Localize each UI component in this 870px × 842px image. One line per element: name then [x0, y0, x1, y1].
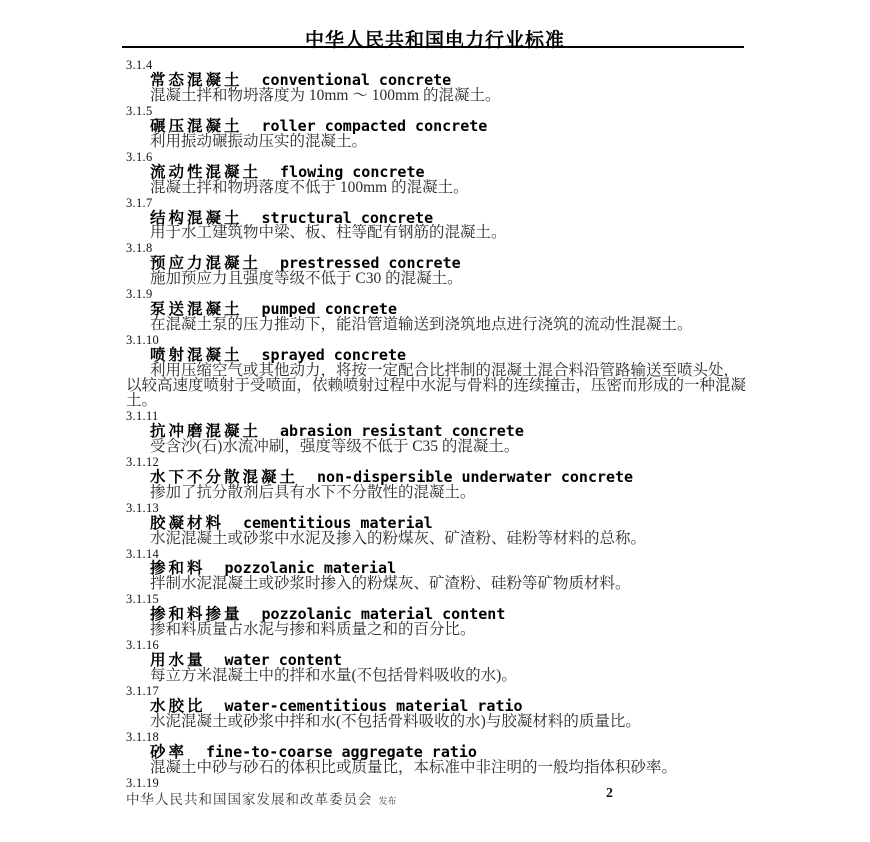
- term-english: flowing concrete: [280, 163, 425, 181]
- publisher-name: 中华人民共和国国家发展和改革委员会: [126, 792, 373, 807]
- term-entry: 3.1.12 水下不分散混凝土non-dispersible underwate…: [126, 455, 746, 501]
- term-entry: 3.1.6 流动性混凝土flowing concrete 混凝土拌和物坍落度不低…: [126, 150, 746, 196]
- term-definition: 水泥混凝土或砂浆中水泥及掺入的粉煤灰、矿渣粉、硅粉等材料的总称。: [126, 532, 746, 547]
- document-page: 中华人民共和国电力行业标准 3.1.4 常态混凝土conventional co…: [0, 0, 870, 842]
- term-definition: 在混凝土泵的压力推动下，能沿管道输送到浇筑地点进行浇筑的流动性混凝土。: [126, 318, 746, 333]
- term-entry: 3.1.10 喷射混凝土sprayed concrete 利用压缩空气或其他动力…: [126, 333, 746, 409]
- clause-number: 3.1.14: [126, 547, 746, 562]
- clause-number: 3.1.6: [126, 150, 746, 165]
- term-definition: 掺和料质量占水泥与掺和料质量之和的百分比。: [126, 623, 746, 638]
- term-definition: 混凝土拌和物坍落度为 10mm ～ 100mm 的混凝土。: [126, 89, 746, 104]
- term-entry: 3.1.14 掺和料pozzolanic material 拌制水泥混凝土或砂浆…: [126, 547, 746, 593]
- term-entry: 3.1.9 泵送混凝土pumped concrete 在混凝土泵的压力推动下，能…: [126, 287, 746, 333]
- page-number: 2: [606, 786, 613, 802]
- term-entry: 3.1.11 抗冲磨混凝土abrasion resistant concrete…: [126, 409, 746, 455]
- clause-number: 3.1.7: [126, 196, 746, 211]
- footer-publisher: 中华人民共和国国家发展和改革委员会发布: [126, 788, 397, 808]
- terms-list: 3.1.4 常态混凝土conventional concrete 混凝土拌和物坍…: [126, 58, 746, 791]
- term-entry: 3.1.16 用水量water content 每立方米混凝土中的拌和水量(不包…: [126, 638, 746, 684]
- term-english: cementitious material: [243, 514, 433, 532]
- term-entry: 3.1.15 掺和料掺量pozzolanic material content …: [126, 592, 746, 638]
- clause-number: 3.1.9: [126, 287, 746, 302]
- term-definition: 用于水工建筑物中梁、板、柱等配有钢筋的混凝土。: [126, 226, 746, 241]
- term-definition: 混凝土拌和物坍落度不低于 100mm 的混凝土。: [126, 181, 746, 196]
- term-definition: 混凝土中砂与砂石的体积比或质量比，本标准中非注明的一般均指体积砂率。: [126, 761, 746, 776]
- term-definition: 每立方米混凝土中的拌和水量(不包括骨料吸收的水)。: [126, 669, 746, 684]
- term-definition: 掺加了抗分散剂后具有水下不分散性的混凝土。: [126, 486, 746, 501]
- term-definition: 利用振动碾振动压实的混凝土。: [126, 135, 746, 150]
- term-definition: 水泥混凝土或砂浆中拌和水(不包括骨料吸收的水)与胶凝材料的质量比。: [126, 715, 746, 730]
- term-entry: 3.1.13 胶凝材料cementitious material 水泥混凝土或砂…: [126, 501, 746, 547]
- term-entry: 3.1.7 结构混凝土structural concrete 用于水工建筑物中梁…: [126, 196, 746, 242]
- clause-number: 3.1.10: [126, 333, 746, 348]
- term-entry: 3.1.4 常态混凝土conventional concrete 混凝土拌和物坍…: [126, 58, 746, 104]
- term-entry: 3.1.8 预应力混凝土prestressed concrete 施加预应力且强…: [126, 241, 746, 287]
- term-entry: 3.1.17 水胶比water-cementitious material ra…: [126, 684, 746, 730]
- term-definition: 受含沙(石)水流冲刷，强度等级不低于 C35 的混凝土。: [126, 440, 746, 455]
- clause-number: 3.1.13: [126, 501, 746, 516]
- term-definition: 拌制水泥混凝土或砂浆时掺入的粉煤灰、矿渣粉、硅粉等矿物质材料。: [126, 577, 746, 592]
- term-entry: 3.1.18 砂率fine-to-coarse aggregate ratio …: [126, 730, 746, 776]
- header-rule: [122, 46, 744, 48]
- term-definition: 利用压缩空气或其他动力，将按一定配合比拌制的混凝土混合料沿管路输送至喷头处，以较…: [126, 364, 746, 409]
- clause-number: 3.1.16: [126, 638, 746, 653]
- term-definition: 施加预应力且强度等级不低于 C30 的混凝土。: [126, 272, 746, 287]
- term-entry: 3.1.5 碾压混凝土roller compacted concrete 利用振…: [126, 104, 746, 150]
- publish-label: 发布: [379, 796, 397, 806]
